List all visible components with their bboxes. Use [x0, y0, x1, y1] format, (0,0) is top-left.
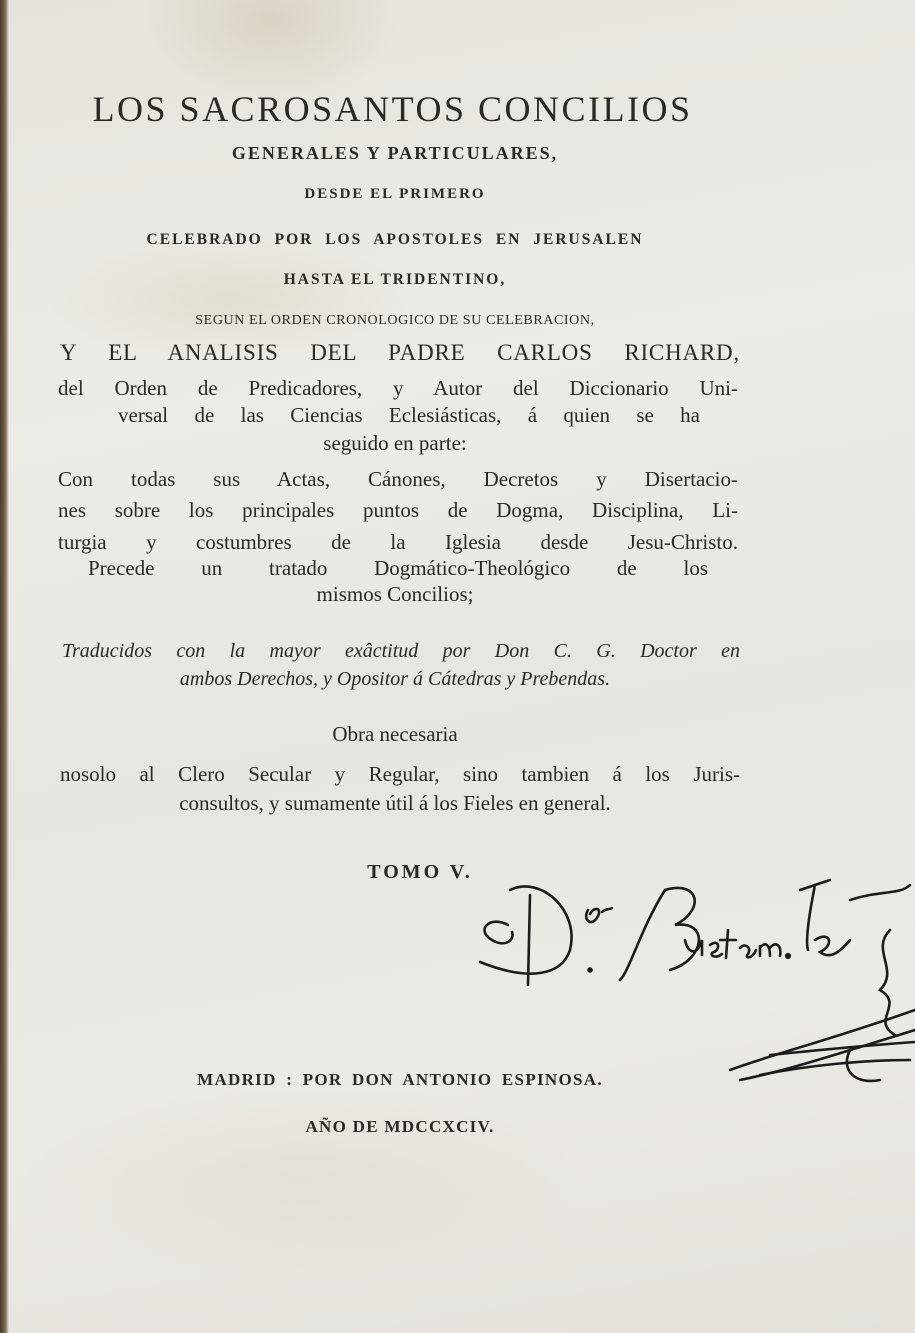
- book-page: LOS SACROSANTOS CONCILIOS GENERALES Y PA…: [0, 0, 915, 1333]
- subtitle-generales: GENERALES Y PARTICULARES,: [0, 143, 790, 164]
- subtitle-segun: SEGUN EL ORDEN CRONOLOGICO DE SU CELEBRA…: [0, 313, 790, 329]
- audience-line-2: consultos, y sumamente útil á los Fieles…: [0, 791, 790, 816]
- author-line-1: del Orden de Predicadores, y Autor del D…: [58, 376, 738, 401]
- contents-line-4: Precede un tratado Dogmático-Theológico …: [88, 556, 708, 581]
- contents-line-3: turgia y costumbres de la Iglesia desde …: [58, 530, 738, 555]
- subtitle-analisis: Y EL ANALISIS DEL PADRE CARLOS RICHARD,: [60, 340, 740, 366]
- audience-line-1: nosolo al Clero Secular y Regular, sino …: [60, 762, 740, 787]
- translator-line-2: ambos Derechos, y Opositor á Cátedras y …: [0, 668, 790, 691]
- subtitle-celebrado: CELEBRADO POR LOS APOSTOLES EN JERUSALEN: [0, 231, 790, 249]
- contents-line-2: nes sobre los principales puntos de Dogm…: [58, 498, 738, 523]
- subtitle-hasta: HASTA EL TRIDENTINO,: [0, 271, 790, 289]
- subtitle-desde: DESDE EL PRIMERO: [0, 186, 790, 203]
- author-line-2: versal de las Ciencias Eclesiásticas, á …: [118, 403, 700, 428]
- imprint: MADRID : POR DON ANTONIO ESPINOSA.: [0, 1070, 800, 1090]
- contents-line-5: mismos Concilios;: [0, 582, 790, 607]
- translator-line-1: Traducidos con la mayor exâctitud por Do…: [62, 640, 740, 663]
- author-line-3: seguido en parte:: [0, 431, 790, 456]
- publication-year: AÑO DE MDCCXCIV.: [0, 1117, 800, 1137]
- obra-necesaria: Obra necesaria: [0, 722, 790, 747]
- handwritten-signature: Dor Bustam.te: [470, 870, 915, 1090]
- main-title: LOS SACROSANTOS CONCILIOS: [0, 88, 785, 130]
- contents-line-1: Con todas sus Actas, Cánones, Decretos y…: [58, 467, 738, 492]
